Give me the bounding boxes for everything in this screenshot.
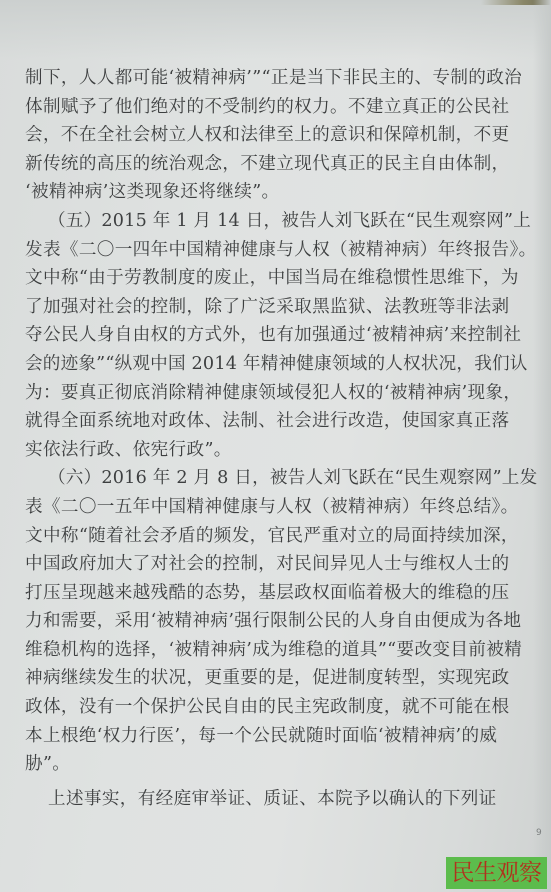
- text-line: 了加强对社会的控制，除了广泛采取黑监狱、法教班等非法剥: [25, 293, 525, 322]
- paragraph-heading-five: （五）2015 年 1 月 14 日，被告人刘飞跃在“民生观察网”上: [25, 207, 525, 236]
- text-line: 政体，没有一个保护公民自由的民主宪政制度，就不可能在根: [25, 693, 525, 722]
- text-line: 发表《二〇一四年中国精神健康与人权（被精神病）年终报告》。: [25, 236, 525, 265]
- text-line: 为：要真正彻底消除精神健康领域侵犯人权的‘被精神病’现象，: [25, 379, 525, 408]
- text-line: 制下，人人都可能‘被精神病’”“正是当下非民主的、专制的政治: [25, 64, 525, 93]
- text-line: ‘被精神病’这类现象还将继续”。: [25, 178, 525, 207]
- text-line: 上述事实，有经庭审举证、质证、本院予以确认的下列证: [25, 785, 525, 814]
- text-line: 胁”。: [25, 750, 525, 779]
- watermark-logo: 民生观察: [446, 857, 547, 889]
- text-line: 神病继续发生的状况，更重要的是，促进制度转型，实现宪政: [25, 664, 525, 693]
- text-line: 就得全面系统地对政体、法制、社会进行改造，使国家真正落: [25, 407, 525, 436]
- text-line: 文中称“由于劳教制度的废止，中国当局在维稳惯性思维下，为: [25, 264, 525, 293]
- text-line: 实依法行政、依宪行政”。: [25, 436, 525, 465]
- text-line: 新传统的高压的统治观念，不建立现代真正的民主自由体制，: [25, 150, 525, 179]
- text-line: 会的迹象”“纵观中国 2014 年精神健康领域的人权状况，我们认: [25, 350, 525, 379]
- text-line: 文中称“随着社会矛盾的频发，官民严重对立的局面持续加深，: [25, 522, 525, 551]
- text-line: 本上根绝‘权力行医’，每一个公民就随时面临‘被精神病’的威: [25, 722, 525, 751]
- text-line: 会，不在全社会树立人权和法律至上的意识和保障机制，不更: [25, 121, 525, 150]
- text-line: 夺公民人身自由权的方式外，也有加强通过‘被精神病’来控制社: [25, 321, 525, 350]
- text-line: 维稳机构的选择，‘被精神病’成为维稳的道具”“要改变目前被精: [25, 636, 525, 665]
- text-line: 力和需要，采用‘被精神病’强行限制公民的人身自由便成为各地: [25, 607, 525, 636]
- photo-edge-shadow: [533, 0, 551, 892]
- photo-shadow: [0, 0, 551, 60]
- text-line: 中国政府加大了对社会的控制，对民间异见人士与维权人士的: [25, 550, 525, 579]
- page-number: 9: [536, 828, 542, 838]
- paragraph-heading-six: （六）2016 年 2 月 8 日，被告人刘飞跃在“民生观察网”上发: [25, 464, 525, 493]
- text-line: 打压呈现越来越残酷的态势，基层政权面临着极大的维稳的压: [25, 579, 525, 608]
- text-line: 表《二〇一五年中国精神健康与人权（被精神病）年终总结》。: [25, 493, 525, 522]
- text-line: 体制赋予了他们绝对的不受制约的权力。不建立真正的公民社: [25, 93, 525, 122]
- document-page: 制下，人人都可能‘被精神病’”“正是当下非民主的、专制的政治 体制赋予了他们绝对…: [25, 64, 525, 813]
